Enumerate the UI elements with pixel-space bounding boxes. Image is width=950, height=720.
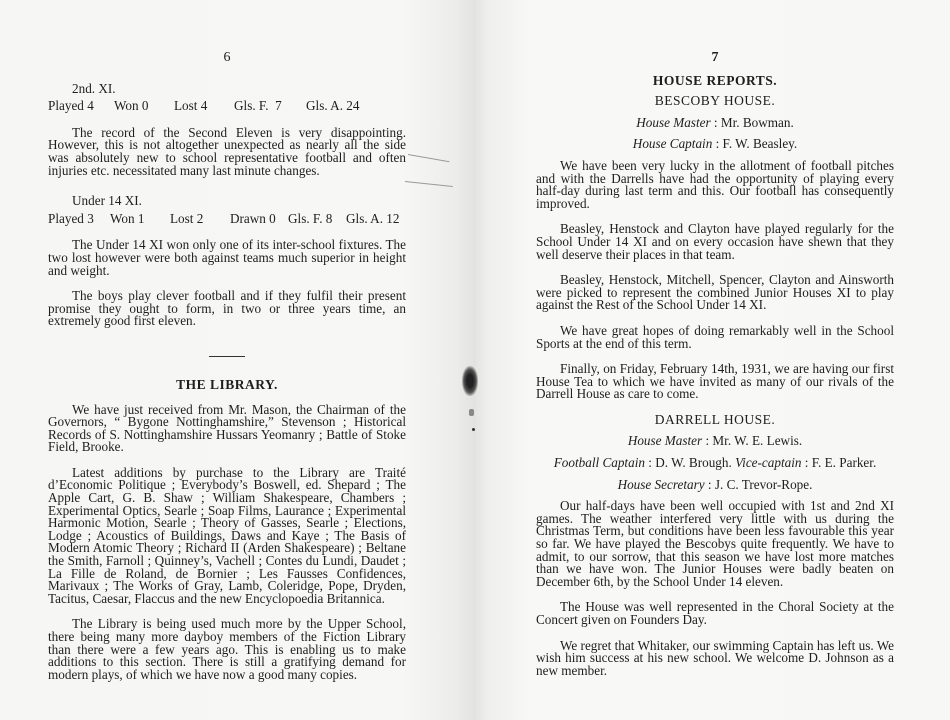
paragraph: Beasley, Henstock, Mitchell, Spencer, Cl… — [536, 274, 894, 312]
darrell-house-master: House Master : Mr. W. E. Lewis. — [536, 435, 894, 448]
paragraph: The Under 14 XI won only one of its inte… — [48, 239, 406, 277]
value: : Mr. W. E. Lewis. — [702, 433, 802, 448]
page-number: 7 — [536, 52, 894, 65]
value: : J. C. Trevor-Rope. — [705, 477, 813, 492]
stat-played: Played 4 — [48, 100, 114, 113]
house-title-bescoby: BESCOBY HOUSE. — [536, 95, 894, 108]
paragraph: We have been very lucky in the allotment… — [536, 160, 894, 210]
binding-smudge — [469, 409, 474, 416]
paragraph: Latest additions by purchase to the Libr… — [48, 467, 406, 606]
stat-lost: Lost 2 — [170, 213, 230, 226]
label: Vice-captain — [735, 455, 801, 470]
paragraph: We have just received from Mr. Mason, th… — [48, 404, 406, 454]
stats-2nd-xi: Played 4 Won 0 Lost 4 Gls. F. 7 Gls. A. … — [48, 100, 406, 113]
section-heading-library: THE LIBRARY. — [48, 379, 406, 392]
house-title-darrell: DARRELL HOUSE. — [536, 414, 894, 427]
binding-dot — [472, 428, 475, 431]
page-left-content: 6 2nd. XI. Played 4 Won 0 Lost 4 Gls. F.… — [48, 52, 406, 694]
paragraph: We regret that Whitaker, our swimming Ca… — [536, 640, 894, 678]
bescoby-house-captain: House Captain : F. W. Beasley. — [536, 138, 894, 151]
stat-goals-against: Gls. A. 24 — [306, 100, 360, 113]
page-right-content: 7 HOUSE REPORTS. BESCOBY HOUSE. House Ma… — [536, 52, 894, 690]
paragraph: Our half-days have been well occupied wi… — [536, 500, 894, 588]
stat-drawn: Drawn 0 — [230, 213, 288, 226]
page-left: 6 2nd. XI. Played 4 Won 0 Lost 4 Gls. F.… — [0, 0, 475, 720]
paragraph: Beasley, Henstock and Clayton have playe… — [536, 223, 894, 261]
section-heading-house-reports: HOUSE REPORTS. — [536, 75, 894, 88]
paragraph: The Library is being used much more by t… — [48, 618, 406, 681]
stat-won: Won 1 — [110, 213, 170, 226]
stat-goals-against: Gls. A. 12 — [346, 213, 400, 226]
page-number: 6 — [48, 52, 406, 65]
label: House Captain — [633, 136, 713, 151]
paragraph: Finally, on Friday, February 14th, 1931,… — [536, 363, 894, 401]
label: House Secretary — [618, 477, 705, 492]
paragraph: The boys play clever football and if the… — [48, 290, 406, 328]
stat-goals-for: Gls. F. 8 — [288, 213, 346, 226]
value: : D. W. Brough. — [645, 455, 735, 470]
label: House Master — [636, 115, 710, 130]
stat-lost: Lost 4 — [174, 100, 234, 113]
stat-played: Played 3 — [48, 213, 110, 226]
darrell-house-secretary: House Secretary : J. C. Trevor-Rope. — [536, 479, 894, 492]
stat-goals-for: Gls. F. 7 — [234, 100, 306, 113]
team-title-under14: Under 14 XI. — [72, 195, 406, 208]
paragraph: The House was well represented in the Ch… — [536, 601, 894, 626]
stat-won: Won 0 — [114, 100, 174, 113]
binding-staple-mark — [462, 366, 478, 396]
label: Football Captain — [554, 455, 645, 470]
paragraph: The record of the Second Eleven is very … — [48, 127, 406, 177]
section-divider — [209, 356, 245, 357]
stats-under14: Played 3 Won 1 Lost 2 Drawn 0 Gls. F. 8 … — [48, 213, 406, 226]
paragraph: We have great hopes of doing remarkably … — [536, 325, 894, 350]
label: House Master — [628, 433, 702, 448]
value: : F. W. Beasley. — [712, 136, 797, 151]
value: : F. E. Parker. — [801, 455, 876, 470]
value: : Mr. Bowman. — [711, 115, 794, 130]
team-title-2nd-xi: 2nd. XI. — [72, 83, 406, 96]
bescoby-house-master: House Master : Mr. Bowman. — [536, 117, 894, 130]
darrell-captains: Football Captain : D. W. Brough. Vice-ca… — [536, 457, 894, 470]
